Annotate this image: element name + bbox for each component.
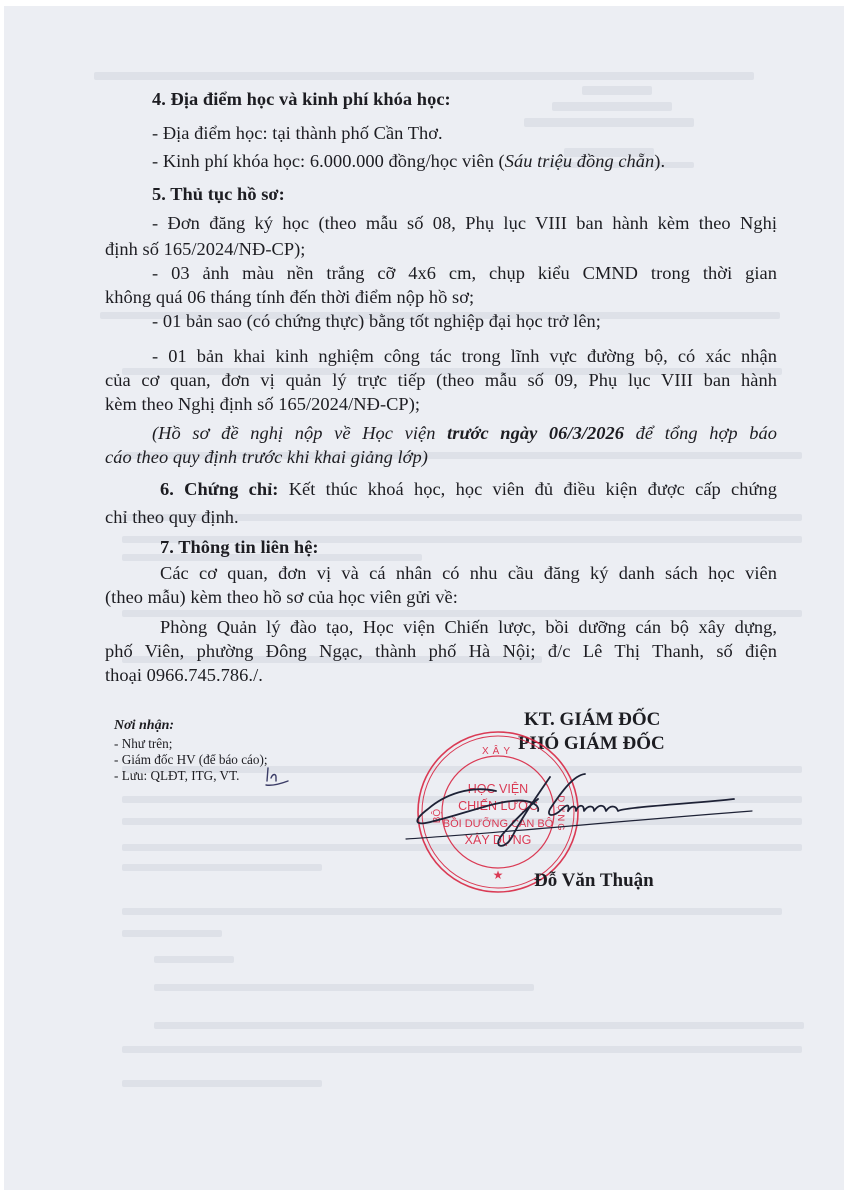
section-6-text: Kết thúc khoá học, học viên đủ điều kiện… — [278, 479, 777, 499]
section-5-item-1-cont: định số 165/2024/NĐ-CP); — [105, 238, 305, 261]
fee-suffix: ). — [654, 151, 665, 171]
section-5-item-4: - 01 bản khai kinh nghiệm công tác trong… — [152, 345, 777, 368]
initials-mark-icon — [264, 766, 290, 788]
signer-name: Đỗ Văn Thuận — [534, 870, 654, 892]
recipient-item: - Như trên; — [114, 736, 172, 752]
section-7-para-2-cont: phố Viên, phường Đông Ngạc, thành phố Hà… — [105, 640, 777, 663]
section-4-heading: 4. Địa điểm học và kinh phí khóa học: — [152, 88, 451, 111]
recipient-item: - Lưu: QLĐT, ITG, VT. — [114, 768, 239, 784]
section-6-heading: 6. Chứng chỉ: — [160, 479, 278, 499]
section-5-item-2-cont: không quá 06 tháng tính đến thời điểm nộ… — [105, 286, 474, 309]
section-7-para-1: Các cơ quan, đơn vị và cá nhân có nhu cầ… — [160, 562, 777, 585]
stamp-top-text: XÂY — [482, 744, 514, 757]
section-5-item-2: - 03 ảnh màu nền trắng cỡ 4x6 cm, chụp k… — [152, 262, 777, 285]
section-7-para-2: Phòng Quản lý đào tạo, Học viện Chiến lư… — [160, 616, 777, 639]
section-6: 6. Chứng chỉ: Kết thúc khoá học, học viê… — [160, 478, 777, 501]
note-text: (Hồ sơ đề nghị nộp về Học viện — [152, 423, 447, 443]
section-5-item-4-cont-2: kèm theo Nghị định số 165/2024/NĐ-CP); — [105, 393, 420, 416]
recipient-item: - Giám đốc HV (để báo cáo); — [114, 752, 268, 768]
stamp-star: ★ — [493, 868, 504, 882]
fee-text: - Kinh phí khóa học: 6.000.000 đồng/học … — [152, 151, 505, 171]
section-5-item-1: - Đơn đăng ký học (theo mẫu số 08, Phụ l… — [152, 212, 777, 235]
section-5-note: (Hồ sơ đề nghị nộp về Học viện trước ngà… — [152, 422, 777, 445]
section-4-location: - Địa điểm học: tại thành phố Cần Thơ. — [152, 122, 443, 145]
handwritten-signature — [400, 765, 760, 865]
section-7-para-1-cont: (theo mẫu) kèm theo hồ sơ của học viên g… — [105, 586, 458, 609]
section-7-heading: 7. Thông tin liên hệ: — [160, 536, 319, 559]
section-4-fee: - Kinh phí khóa học: 6.000.000 đồng/học … — [152, 150, 665, 173]
section-5-item-3: - 01 bản sao (có chứng thực) bằng tốt ng… — [152, 310, 601, 333]
note-deadline: trước ngày 06/3/2026 — [447, 423, 624, 443]
section-5-note-cont: cáo theo quy định trước khi khai giảng l… — [105, 446, 428, 469]
section-6-cont: chỉ theo quy định. — [105, 506, 239, 529]
fee-in-words: Sáu triệu đồng chẵn — [505, 151, 655, 171]
note-text-end: để tổng hợp báo — [624, 423, 777, 443]
recipients-label: Nơi nhận: — [114, 718, 174, 734]
section-7-para-2-cont-2: thoại 0966.745.786./. — [105, 664, 263, 687]
section-5-heading: 5. Thủ tục hồ sơ: — [152, 183, 285, 206]
section-5-item-4-cont: của cơ quan, đơn vị quản lý trực tiếp (t… — [105, 369, 777, 392]
